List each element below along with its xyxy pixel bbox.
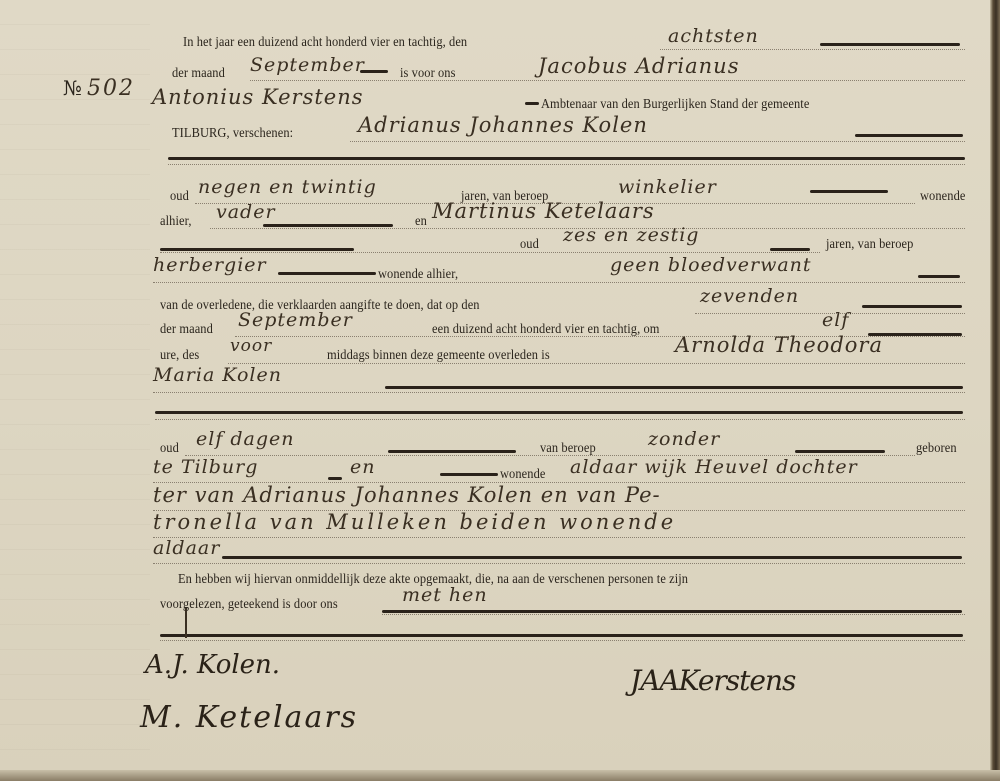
handwritten-declarant-2: Martinus Ketelaars bbox=[432, 199, 655, 223]
printed-text: en bbox=[415, 209, 427, 233]
handwritten-kinship: geen bloedverwant bbox=[610, 254, 812, 276]
dotted-rule bbox=[153, 282, 965, 283]
dotted-rule bbox=[155, 419, 965, 420]
handwritten-birthplace: te Tilburg bbox=[153, 456, 258, 478]
handwritten-occupation-1: winkelier bbox=[618, 176, 717, 198]
printed-text: geboren bbox=[916, 436, 957, 460]
line-occupation-label-2: jaren, van beroep bbox=[826, 232, 921, 256]
signature-declarant-1: A.J. Kolen. bbox=[145, 650, 280, 680]
blank-line-stroke bbox=[155, 411, 963, 414]
handwritten-official-last: Antonius Kerstens bbox=[152, 85, 364, 109]
final-rule bbox=[160, 634, 963, 637]
handwritten-deceased-occupation: zonder bbox=[648, 428, 720, 450]
printed-text: is voor ons bbox=[400, 61, 456, 85]
line-relationship: alhier, bbox=[160, 209, 194, 233]
handwritten-and: en bbox=[350, 456, 375, 478]
handwritten-death-hour: elf bbox=[822, 309, 849, 331]
fill-stroke bbox=[263, 224, 393, 227]
fill-stroke bbox=[328, 477, 342, 480]
handwritten-deceased-first: Arnolda Theodora bbox=[675, 333, 883, 357]
handwritten-am-pm: voor bbox=[230, 336, 272, 356]
fill-stroke bbox=[440, 473, 498, 476]
printed-text: wonende bbox=[920, 184, 965, 208]
dotted-rule bbox=[350, 141, 965, 142]
dotted-rule bbox=[228, 363, 965, 364]
printed-text: der maand bbox=[160, 317, 213, 341]
handwritten-death-day: zevenden bbox=[700, 285, 799, 307]
pen-mark bbox=[185, 608, 187, 638]
record-number-value: 502 bbox=[87, 76, 135, 101]
line-date: In het jaar een duizend acht honderd vie… bbox=[183, 30, 492, 54]
dotted-rule bbox=[160, 252, 820, 253]
fill-stroke bbox=[820, 43, 960, 46]
number-sign: № bbox=[63, 76, 82, 100]
fill-stroke bbox=[222, 556, 962, 559]
line-death-month: der maand bbox=[160, 317, 218, 341]
printed-text: een duizend acht honderd vier en tachtig… bbox=[432, 317, 660, 341]
printed-text: TILBURG, verschenen: bbox=[172, 121, 293, 145]
fill-stroke bbox=[918, 275, 960, 278]
handwritten-residence: aldaar wijk Heuvel dochter bbox=[570, 456, 858, 478]
line-and: en bbox=[415, 209, 428, 233]
printed-text: jaren, van beroep bbox=[826, 232, 913, 256]
handwritten-parents-2: tronella van Mulleken beiden wonende bbox=[153, 510, 676, 534]
handwritten-parents-1: ter van Adrianus Johannes Kolen en van P… bbox=[153, 483, 661, 507]
record-number: № 502 bbox=[63, 76, 135, 101]
handwritten-age-1: negen en twintig bbox=[198, 176, 377, 198]
handwritten-occupation-2: herbergier bbox=[153, 254, 267, 276]
dotted-rule bbox=[660, 49, 965, 50]
handwritten-deceased-age: elf dagen bbox=[196, 428, 295, 450]
printed-text: der maand bbox=[172, 61, 225, 85]
dotted-rule bbox=[153, 563, 965, 564]
line-official-label: is voor ons bbox=[400, 61, 460, 85]
printed-text: oud bbox=[170, 184, 189, 208]
fill-stroke bbox=[388, 450, 516, 453]
fill-stroke bbox=[385, 386, 963, 389]
dotted-rule bbox=[153, 392, 965, 393]
dotted-rule bbox=[153, 537, 965, 538]
line-born-label: geboren bbox=[916, 436, 960, 460]
book-spine bbox=[990, 0, 1000, 781]
dotted-rule bbox=[382, 614, 965, 615]
document-page: № 502 In het jaar een duizend acht honde… bbox=[0, 0, 1000, 781]
fill-stroke bbox=[810, 190, 888, 193]
signature-declarant-2: M. Ketelaars bbox=[140, 700, 358, 735]
handwritten-declarant-1: Adrianus Johannes Kolen bbox=[358, 113, 648, 137]
handwritten-death-month: September bbox=[238, 309, 353, 331]
line-residing-label: wonende bbox=[920, 184, 969, 208]
dotted-rule bbox=[168, 164, 965, 165]
fill-stroke bbox=[525, 102, 539, 105]
printed-text: In het jaar een duizend acht honderd vie… bbox=[183, 30, 467, 54]
fill-stroke bbox=[855, 134, 963, 137]
fill-stroke bbox=[382, 610, 962, 613]
line-appeared: TILBURG, verschenen: bbox=[172, 121, 304, 145]
handwritten-official-first: Jacobus Adrianus bbox=[538, 54, 739, 78]
handwritten-day: achtsten bbox=[668, 25, 759, 47]
handwritten-deceased-last: Maria Kolen bbox=[153, 364, 282, 386]
fill-stroke bbox=[160, 248, 354, 251]
signature-official: JAAKerstens bbox=[630, 664, 795, 697]
handwritten-relationship: vader bbox=[216, 201, 276, 223]
handwritten-age-2: zes en zestig bbox=[563, 224, 699, 246]
fill-stroke bbox=[795, 450, 885, 453]
fill-stroke bbox=[360, 70, 388, 73]
fill-stroke bbox=[862, 305, 962, 308]
page-bottom-edge bbox=[0, 770, 1000, 781]
line-month: der maand bbox=[172, 61, 230, 85]
printed-text: alhier, bbox=[160, 209, 192, 233]
blank-line-stroke bbox=[168, 157, 965, 160]
handwritten-parents-3: aldaar bbox=[153, 537, 220, 559]
line-death-year: een duizend acht honderd vier en tachtig… bbox=[432, 317, 679, 341]
handwritten-month: September bbox=[250, 54, 365, 76]
line-declarant1-age: oud bbox=[170, 184, 191, 208]
bleed-through-area bbox=[0, 0, 150, 781]
line-closing-2: voorgelezen, geteekend is door ons bbox=[160, 592, 353, 616]
dotted-rule bbox=[250, 80, 965, 81]
fill-stroke bbox=[278, 272, 376, 275]
fill-stroke bbox=[770, 248, 810, 251]
handwritten-signed-with: met hen bbox=[402, 584, 488, 606]
dotted-rule bbox=[160, 640, 965, 641]
